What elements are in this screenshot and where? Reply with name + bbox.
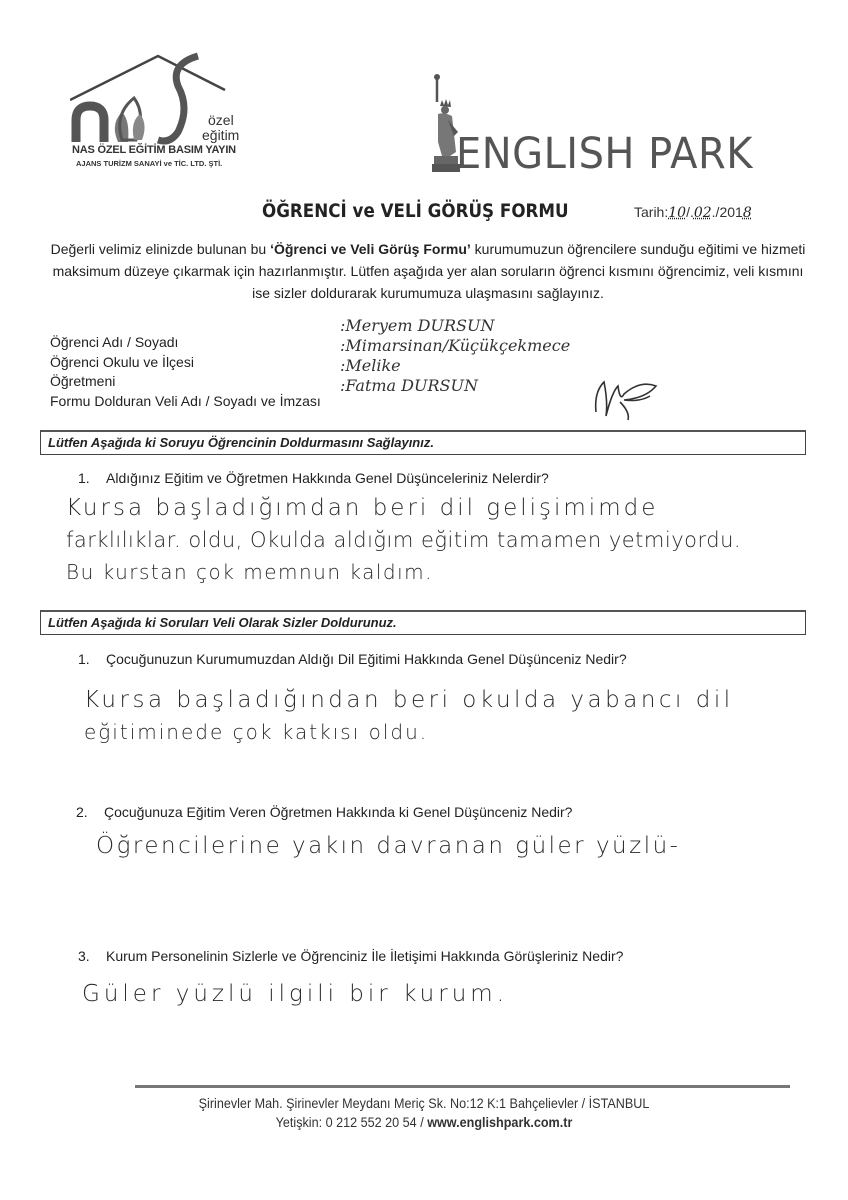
teacher-field[interactable]: :Melike bbox=[340, 356, 570, 376]
brand-name: ENGLISH PARK bbox=[456, 129, 753, 179]
student-question-1: 1.Aldığınız Eğitim ve Öğretmen Hakkında … bbox=[78, 470, 549, 486]
field-label-teacher: Öğretmeni bbox=[50, 372, 321, 392]
footer-website-link[interactable]: www.englishpark.com.tr bbox=[427, 1114, 572, 1130]
signature-icon[interactable] bbox=[590, 372, 670, 422]
parent-field[interactable]: :Fatma DURSUN bbox=[340, 376, 570, 396]
parent-answer-1[interactable]: Kursa başladığından beri okulda yabancı … bbox=[84, 684, 734, 748]
student-section-header: Lütfen Aşağıda ki Soruyu Öğrencinin Dold… bbox=[40, 430, 806, 455]
student-name-field[interactable]: :Meryem DURSUN bbox=[340, 316, 570, 336]
form-date: Tarih:10/.02./2018 bbox=[634, 204, 752, 221]
field-label-school: Öğrenci Okulu ve İlçesi bbox=[50, 353, 321, 373]
footer-phone: Yetişkin: 0 212 552 20 54 / bbox=[276, 1114, 428, 1130]
nas-tag-egitim: eğitim bbox=[202, 127, 239, 143]
parent-answer-2[interactable]: Öğrencilerine yakın davranan güler yüzlü… bbox=[96, 830, 680, 862]
company-name: NAS ÖZEL EĞİTİM BASIM YAYIN bbox=[72, 144, 236, 156]
intro-paragraph: Değerli velimiz elinizde bulunan bu ‘Öğr… bbox=[48, 238, 808, 304]
form-title: ÖĞRENCİ ve VELİ GÖRÜŞ FORMU bbox=[262, 200, 569, 222]
field-values: :Meryem DURSUN :Mimarsinan/Küçükçekmece … bbox=[340, 316, 570, 396]
company-subtitle: AJANS TURİZM SANAYİ ve TİC. LTD. ŞTİ. bbox=[76, 159, 222, 168]
date-label: Tarih: bbox=[634, 204, 668, 220]
field-labels: Öğrenci Adı / Soyadı Öğrenci Okulu ve İl… bbox=[50, 333, 321, 411]
school-field[interactable]: :Mimarsinan/Küçükçekmece bbox=[340, 336, 570, 356]
parent-question-1: 1.Çocuğunuzun Kurumumuzdan Aldığı Dil Eğ… bbox=[78, 651, 627, 667]
parent-section-header: Lütfen Aşağıda ki Soruları Veli Olarak S… bbox=[40, 610, 806, 635]
date-year-prefix: 201 bbox=[719, 204, 742, 220]
field-label-student-name: Öğrenci Adı / Soyadı bbox=[50, 333, 321, 353]
footer-contact: Yetişkin: 0 212 552 20 54 / www.englishp… bbox=[42, 1114, 805, 1130]
date-day[interactable]: 10 bbox=[668, 205, 686, 221]
parent-question-2: 2.Çocuğunuza Eğitim Veren Öğretmen Hakkı… bbox=[76, 804, 572, 820]
field-label-parent: Formu Dolduran Veli Adı / Soyadı ve İmza… bbox=[50, 392, 321, 412]
footer-divider bbox=[135, 1085, 790, 1088]
parent-question-3: 3.Kurum Personelinin Sizlerle ve Öğrenci… bbox=[78, 948, 623, 964]
date-year-last[interactable]: 8 bbox=[743, 205, 752, 221]
nas-tag-ozel: özel bbox=[208, 112, 234, 128]
intro-form-name: ‘Öğrenci ve Veli Görüş Formu’ bbox=[270, 241, 471, 257]
parent-answer-3[interactable]: Güler yüzlü ilgili bir kurum. bbox=[82, 978, 508, 1010]
nas-logo-icon bbox=[70, 42, 260, 177]
student-answer-1[interactable]: Kursa başladığımdan beri dil gelişimimde… bbox=[66, 492, 741, 588]
footer-address: Şirinevler Mah. Şirinevler Meydanı Meriç… bbox=[42, 1095, 805, 1111]
date-month[interactable]: 02 bbox=[694, 205, 712, 221]
